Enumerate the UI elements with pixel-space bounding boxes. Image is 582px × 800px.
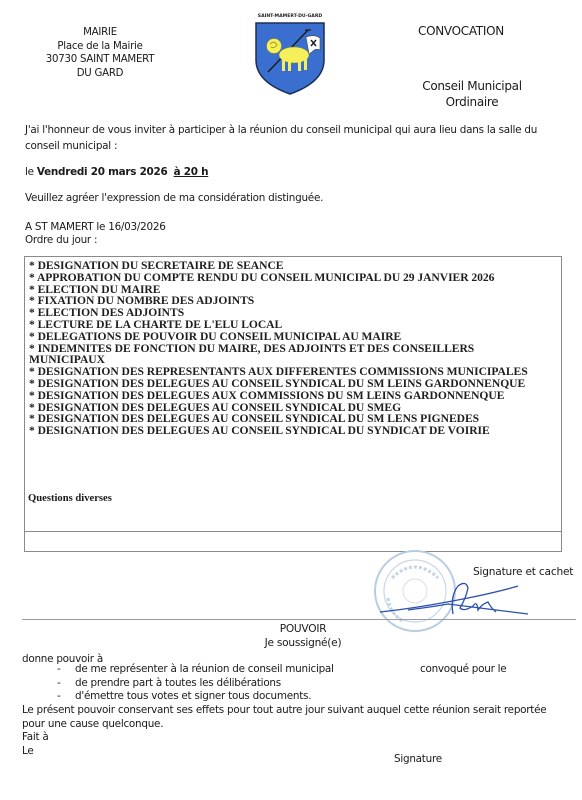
- meeting-date: le Vendredi 20 mars 2026 à 20 h: [25, 166, 208, 178]
- le-date: Le: [22, 745, 34, 757]
- agenda-item: * LECTURE DE LA CHARTE DE L'ELU LOCAL: [29, 319, 528, 331]
- agenda-item: * DELEGATIONS DE POUVOIR DU CONSEIL MUNI…: [29, 331, 528, 343]
- separator-line: [22, 619, 576, 620]
- pouvoir-signature-label: Signature: [394, 753, 442, 765]
- handwritten-signature-icon: [378, 578, 538, 618]
- fait-a: Fait à: [22, 731, 49, 743]
- pouvoir-bullet: de prendre part à toutes les délibératio…: [57, 677, 334, 691]
- meeting-day: Vendredi 20 mars 2026: [37, 166, 168, 178]
- meeting-time: à 20 h: [174, 166, 209, 178]
- questions-diverses: Questions diverses: [28, 493, 112, 504]
- mairie-line: Place de la Mairie: [40, 40, 160, 54]
- pouvoir-header: POUVOIR Je soussigné(e): [0, 623, 582, 650]
- document-title: CONVOCATION: [418, 24, 504, 38]
- greeting: Veuillez agréer l'expression de ma consi…: [25, 192, 323, 204]
- crest-caption: SAINT-MAMERT-DU-GARD: [258, 13, 323, 19]
- mairie-address: MAIRIE Place de la Mairie 30730 SAINT MA…: [40, 26, 160, 80]
- agenda-item: * APPROBATION DU COMPTE RENDU DU CONSEIL…: [29, 272, 528, 284]
- convoque-pour-le: convoqué pour le: [420, 663, 506, 675]
- agenda-item: * DESIGNATION DES DELEGUES AU CONSEIL SY…: [29, 425, 528, 437]
- mairie-line: MAIRIE: [40, 26, 160, 40]
- pouvoir-bullet: de me représenter à la réunion de consei…: [57, 663, 334, 677]
- pouvoir-bullet: d'émettre tous votes et signer tous docu…: [57, 690, 334, 704]
- mairie-line: 30730 SAINT MAMERT: [40, 53, 160, 67]
- agenda-label: Ordre du jour :: [25, 234, 97, 246]
- meeting-type-line: Conseil Municipal: [412, 78, 532, 94]
- meeting-type-line: Ordinaire: [412, 94, 532, 110]
- agenda-divider: [25, 531, 561, 532]
- date-prefix: le: [25, 166, 37, 178]
- mairie-line: DU GARD: [40, 67, 160, 81]
- signature-label: Signature et cachet: [473, 566, 573, 578]
- pouvoir-title: POUVOIR: [12, 623, 582, 637]
- agenda-box: * DESIGNATION DU SECRETAIRE DE SEANCE * …: [24, 256, 562, 552]
- pouvoir-validity: Le présent pouvoir conservant ses effets…: [22, 704, 572, 731]
- agenda-item: * DESIGNATION DES DELEGUES AUX COMMISSIO…: [29, 390, 528, 402]
- invitation-text: J'ai l'honneur de vous inviter à partici…: [25, 123, 570, 154]
- meeting-type: Conseil Municipal Ordinaire: [412, 78, 532, 110]
- pouvoir-subtitle: Je soussigné(e): [12, 637, 582, 651]
- place-date: A ST MAMERT le 16/03/2026: [25, 221, 166, 233]
- agenda-list: * DESIGNATION DU SECRETAIRE DE SEANCE * …: [29, 260, 528, 437]
- coat-of-arms-lamb-icon: SAINT-MAMERT-DU-GARD: [250, 10, 330, 96]
- agenda-item: * DESIGNATION DES DELEGUES AU CONSEIL SY…: [29, 378, 528, 390]
- pouvoir-bullets: de me représenter à la réunion de consei…: [57, 663, 334, 704]
